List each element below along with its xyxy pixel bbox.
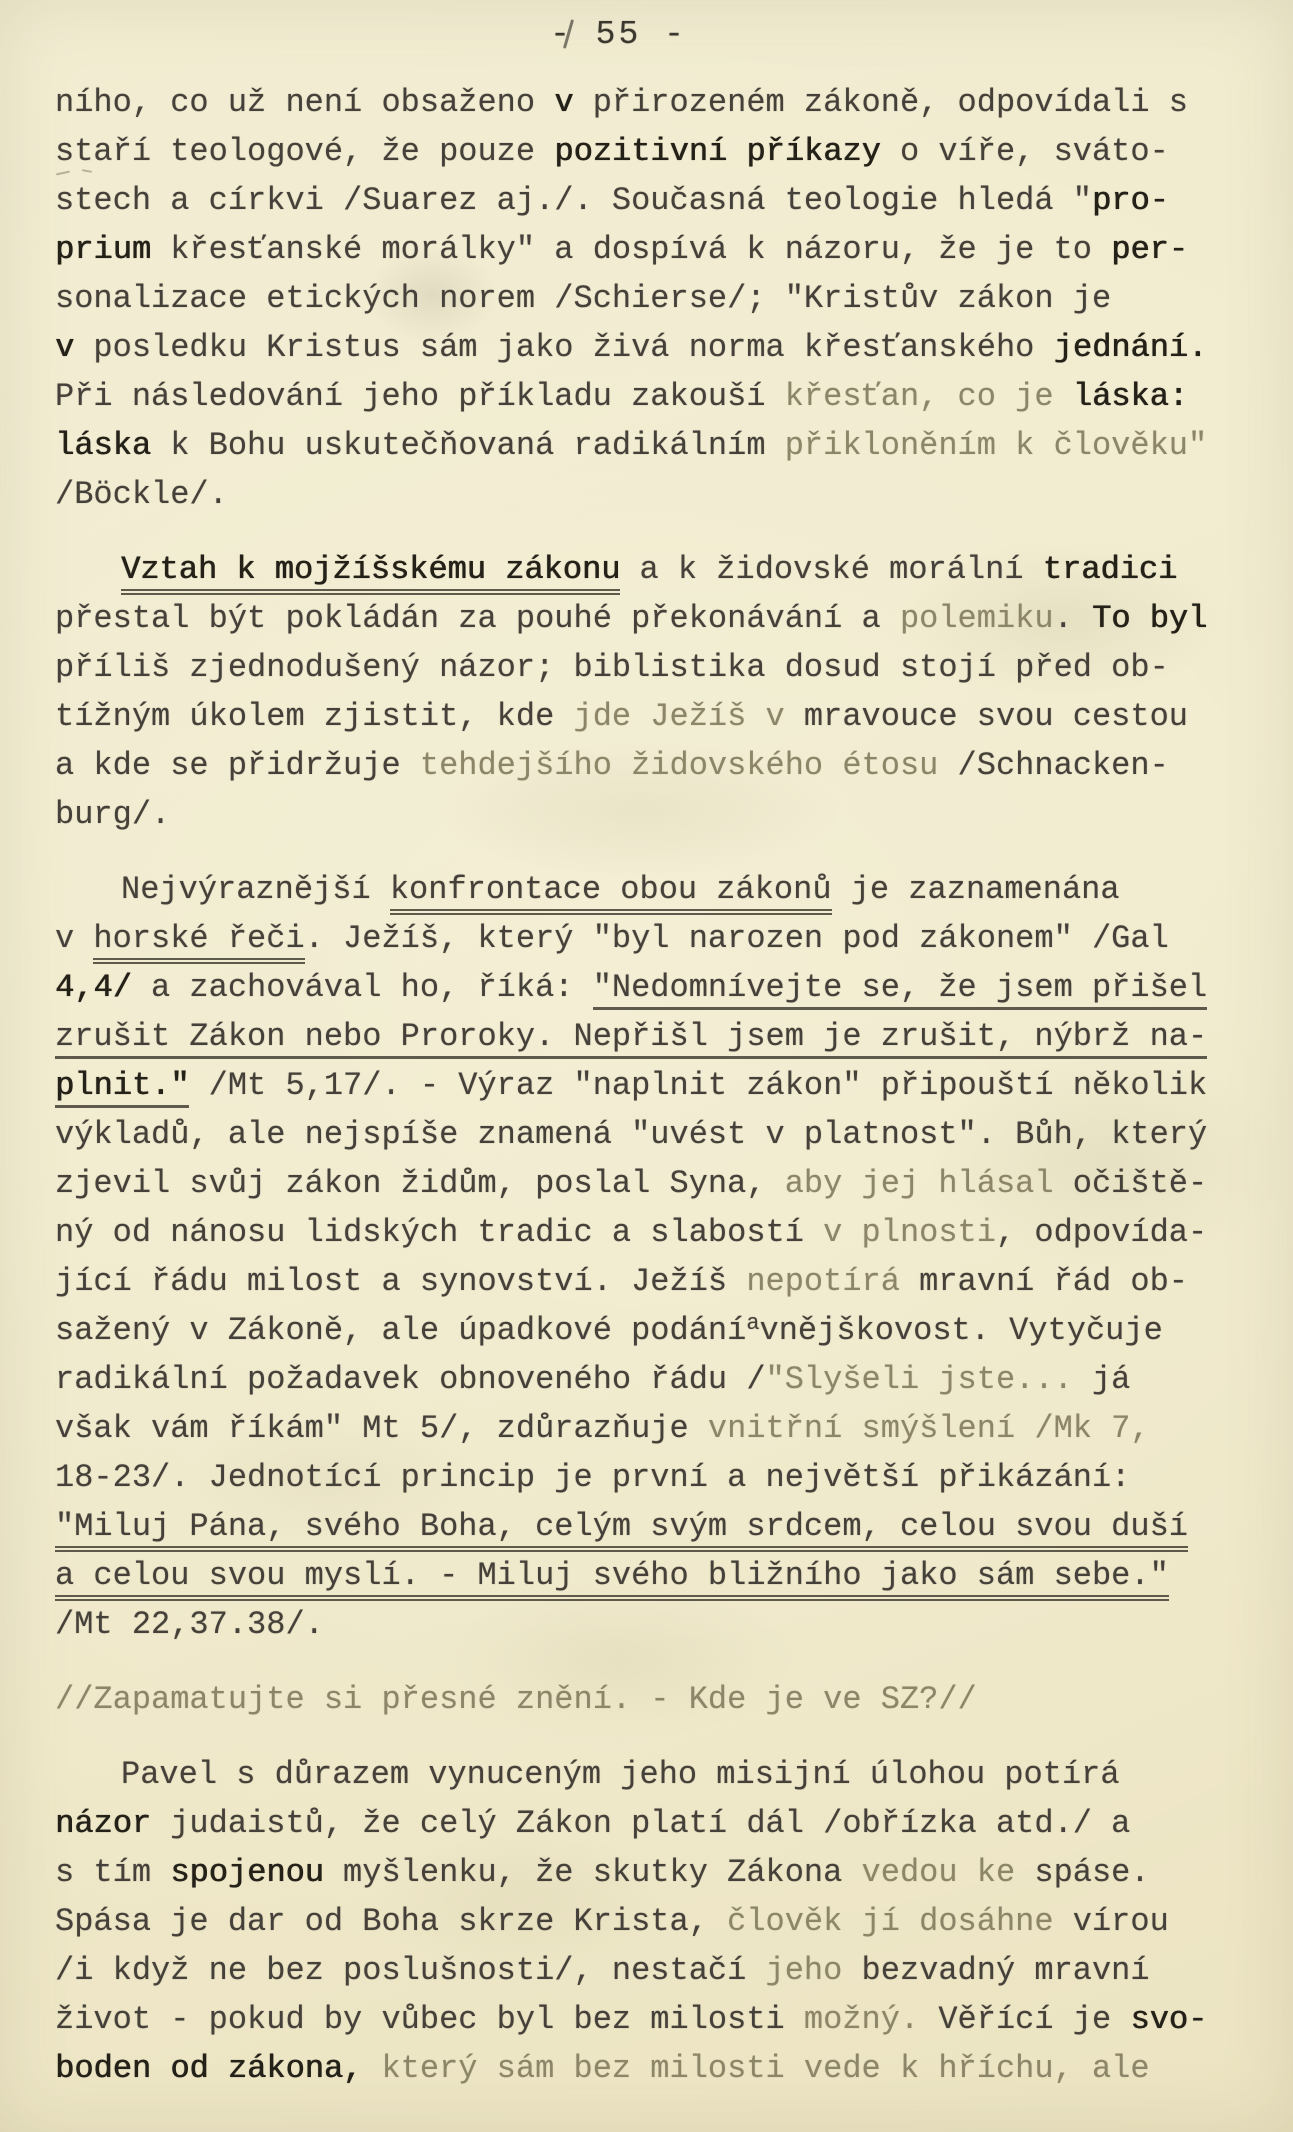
text-segment: /Mt 5,17/. - Výraz "naplnit zákon" připo…	[189, 1067, 1207, 1104]
text-segment: tížným úkolem zjistit, kde	[55, 698, 573, 735]
text-segment: mravní řád ob-	[900, 1263, 1188, 1300]
text-segment: polemiku	[900, 600, 1054, 637]
text-line: sonalizace etických norem /Schierse/; "K…	[55, 274, 1260, 323]
text-line: Pavel s důrazem vynuceným jeho misijní ú…	[121, 1750, 1260, 1799]
text-segment: já	[1073, 1361, 1131, 1398]
text-line: a celou svou myslí. - Miluj svého bližní…	[55, 1551, 1260, 1600]
text-segment: jeho	[766, 1952, 843, 1989]
text-line: prium křesťanské morálky" a dospívá k ná…	[55, 225, 1260, 274]
text-segment: Věřící je	[919, 2001, 1130, 2038]
text-line: příliš zjednodušený názor; biblistika do…	[55, 643, 1260, 692]
text-segment: křesťanské morálky" a dospívá k názoru, …	[151, 231, 1111, 268]
text-line: zrušit Zákon nebo Proroky. Nepřišl jsem …	[55, 1012, 1260, 1061]
text-segment: stech a církvi /Suarez aj./. Současná te…	[55, 182, 1092, 219]
text-line: Při následování jeho příkladu zakouší kř…	[55, 372, 1260, 421]
text-segment: život - pokud by vůbec byl bez milosti	[55, 2001, 804, 2038]
text-segment: /Schnacken-	[938, 747, 1168, 784]
text-segment: a zachovával ho, říká:	[132, 969, 593, 1006]
underlined-text: konfrontace obou zákonů	[390, 871, 832, 915]
text-segment: vnitřní smýšlení /Mk 7,	[708, 1410, 1150, 1447]
text-segment: /i když ne bez poslušnosti/, nestačí	[55, 1952, 766, 1989]
text-line: //Zapamatujte si přesné znění. - Kde je …	[55, 1675, 1260, 1724]
text-segment: přikloněním k člověku"	[785, 427, 1207, 464]
text-segment: spojenou	[170, 1854, 324, 1891]
underlined-text: a celou svou myslí. - Miluj svého bližní…	[55, 1557, 1169, 1601]
text-segment: boden od zákona,	[55, 2050, 362, 2087]
text-segment: vnějškovost. Vytyčuje	[760, 1312, 1163, 1349]
text-segment: To byl	[1092, 600, 1207, 637]
text-segment: 18-23/. Jednotící princip je první a nej…	[55, 1459, 1130, 1496]
text-segment: výkladů, ale nejspíše znamená "uvést v p…	[55, 1116, 1207, 1153]
text-segment: přirozeném zákoně, odpovídali s	[573, 84, 1188, 121]
text-line: ný od nánosu lidských tradic a slabostí …	[55, 1208, 1260, 1257]
text-line: /Böckle/.	[55, 470, 1260, 519]
text-segment: prium	[55, 231, 151, 268]
text-segment: k Bohu uskutečňovaná radikálním	[151, 427, 785, 464]
paragraph: Vztah k mojžíšskému zákonu a k židovské …	[55, 545, 1260, 839]
text-segment: mravouce svou cestou	[785, 698, 1188, 735]
text-segment: myšlenku, že skutky Zákona	[324, 1854, 862, 1891]
text-segment: příliš zjednodušený názor; biblistika do…	[55, 649, 1169, 686]
text-segment: který sám bez milosti vede k hříchu, ale	[362, 2050, 1149, 2087]
text-line: staří teologové, že pouze pozitivní přík…	[55, 127, 1260, 176]
text-line: Nejvýraznější konfrontace obou zákonů je…	[121, 865, 1260, 914]
text-segment: v	[554, 84, 573, 121]
text-segment: láska:	[1073, 378, 1188, 415]
text-segment: /Böckle/.	[55, 476, 228, 513]
text-line: /Mt 22,37.38/.	[55, 1600, 1260, 1649]
text-segment: jednání.	[1054, 329, 1208, 366]
text-segment: však vám říkám" Mt 5/, zdůrazňuje	[55, 1410, 708, 1447]
text-segment: zjevil svůj zákon židům, poslal Syna,	[55, 1165, 785, 1202]
underlined-text: zrušit Zákon nebo Proroky. Nepřišl jsem …	[55, 1018, 1207, 1059]
document-body: ního, co už není obsaženo v přirozeném z…	[55, 78, 1260, 2093]
text-line: boden od zákona, který sám bez milosti v…	[55, 2044, 1260, 2093]
text-line: Vztah k mojžíšskému zákonu a k židovské …	[121, 545, 1260, 594]
text-segment: nepotírá	[746, 1263, 900, 1300]
text-line: a kde se přidržuje tehdejšího židovského…	[55, 741, 1260, 790]
text-line: život - pokud by vůbec byl bez milosti m…	[55, 1995, 1260, 2044]
text-segment: spáse.	[1015, 1854, 1149, 1891]
text-segment: Pavel s důrazem vynuceným jeho misijní ú…	[121, 1756, 1120, 1793]
text-line: však vám říkám" Mt 5/, zdůrazňuje vnitřn…	[55, 1404, 1260, 1453]
text-segment: s tím	[55, 1854, 170, 1891]
text-segment	[1054, 378, 1073, 415]
text-segment: názor	[55, 1805, 151, 1842]
text-segment: možný.	[804, 2001, 919, 2038]
text-segment: svo-	[1130, 2001, 1207, 2038]
text-segment: v	[55, 329, 74, 366]
text-segment: a kde se přidržuje	[55, 747, 420, 784]
text-line: láska k Bohu uskutečňovaná radikálním př…	[55, 421, 1260, 470]
text-line: přestal být pokládán za pouhé překonáván…	[55, 594, 1260, 643]
text-segment: člověk jí dosáhne	[727, 1903, 1053, 1940]
text-segment: je zaznamenána	[832, 871, 1120, 908]
text-segment: Spása je dar od Boha skrze Krista,	[55, 1903, 727, 1940]
text-segment: //Zapamatujte si přesné znění. - Kde je …	[55, 1681, 977, 1718]
text-segment: očiště-	[1054, 1165, 1208, 1202]
text-segment: tradici	[1043, 551, 1177, 588]
text-line: "Miluj Pána, svého Boha, celým svým srdc…	[55, 1502, 1260, 1551]
text-segment: v	[55, 920, 93, 957]
text-line: sažený v Zákoně, ale úpadkové podáníavně…	[55, 1306, 1260, 1355]
text-segment: "Slyšeli jste...	[766, 1361, 1073, 1398]
underlined-text: Vztah k mojžíšskému zákonu	[121, 551, 620, 595]
text-line: s tím spojenou myšlenku, že skutky Zákon…	[55, 1848, 1260, 1897]
text-line: radikální požadavek obnoveného řádu /"Sl…	[55, 1355, 1260, 1404]
text-segment: . Ježíš, který "byl narozen pod zákonem"…	[305, 920, 1169, 957]
scanned-page: - 55 - ního, co už není obsaženo v přiro…	[0, 0, 1293, 2132]
text-segment: sažený v Zákoně, ale úpadkové podání	[55, 1312, 746, 1349]
text-segment: ního, co už není obsaženo	[55, 84, 554, 121]
text-segment: pro-	[1092, 182, 1169, 219]
text-line: v horské řeči. Ježíš, který "byl narozen…	[55, 914, 1260, 963]
underlined-text: plnit."	[55, 1067, 189, 1108]
paragraph: //Zapamatujte si přesné znění. - Kde je …	[55, 1675, 1260, 1724]
text-segment: jde Ježíš v	[573, 698, 784, 735]
text-line: /i když ne bez poslušnosti/, nestačí jeh…	[55, 1946, 1260, 1995]
text-segment: přestal být pokládán za pouhé překonáván…	[55, 600, 900, 637]
text-line: 18-23/. Jednotící princip je první a nej…	[55, 1453, 1260, 1502]
text-segment: , odpovída-	[996, 1214, 1207, 1251]
text-segment: vedou ke	[862, 1854, 1016, 1891]
text-segment: o víře, sváto-	[881, 133, 1169, 170]
text-segment: Při následování jeho příkladu zakouší	[55, 378, 785, 415]
text-line: názor judaistů, že celý Zákon platí dál …	[55, 1799, 1260, 1848]
text-segment: ný od nánosu lidských tradic a slabostí	[55, 1214, 823, 1251]
text-segment: 4,4/	[55, 969, 132, 1006]
text-segment: vírou	[1054, 1903, 1169, 1940]
underlined-text: "Miluj Pána, svého Boha, celým svým srdc…	[55, 1508, 1188, 1552]
text-segment: tehdejšího židovského étosu	[420, 747, 938, 784]
text-segment: judaistů, že celý Zákon platí dál /obříz…	[151, 1805, 1130, 1842]
text-segment: posledku Kristus sám jako živá norma kře…	[74, 329, 1053, 366]
text-line: ního, co už není obsaženo v přirozeném z…	[55, 78, 1260, 127]
text-segment: burg/.	[55, 796, 170, 833]
text-line: v posledku Kristus sám jako živá norma k…	[55, 323, 1260, 372]
text-segment: bezvadný mravní	[842, 1952, 1149, 1989]
text-line: plnit." /Mt 5,17/. - Výraz "naplnit záko…	[55, 1061, 1260, 1110]
text-segment: Nejvýraznější	[121, 871, 390, 908]
paragraph: Pavel s důrazem vynuceným jeho misijní ú…	[55, 1750, 1260, 2093]
text-segment: a k židovské morální	[620, 551, 1042, 588]
underlined-text: horské řeči	[93, 920, 304, 964]
paragraph: ního, co už není obsaženo v přirozeném z…	[55, 78, 1260, 519]
text-segment: .	[1054, 600, 1092, 637]
text-segment: sonalizace etických norem /Schierse/; "K…	[55, 280, 1111, 317]
text-segment: radikální požadavek obnoveného řádu /	[55, 1361, 766, 1398]
text-line: stech a církvi /Suarez aj./. Současná te…	[55, 176, 1260, 225]
text-segment: láska	[55, 427, 151, 464]
text-line: jící řádu milost a synovství. Ježíš nepo…	[55, 1257, 1260, 1306]
text-segment: křesťan, co je	[785, 378, 1054, 415]
text-segment: per-	[1111, 231, 1188, 268]
paragraph: Nejvýraznější konfrontace obou zákonů je…	[55, 865, 1260, 1649]
text-segment: aby jej hlásal	[785, 1165, 1054, 1202]
text-line: zjevil svůj zákon židům, poslal Syna, ab…	[55, 1159, 1260, 1208]
text-line: Spása je dar od Boha skrze Krista, člově…	[55, 1897, 1260, 1946]
text-line: výkladů, ale nejspíše znamená "uvést v p…	[55, 1110, 1260, 1159]
underlined-text: "Nedomnívejte se, že jsem přišel	[593, 969, 1208, 1010]
text-line: burg/.	[55, 790, 1260, 839]
text-segment: /Mt 22,37.38/.	[55, 1606, 324, 1643]
text-segment: staří teologové, že pouze	[55, 133, 554, 170]
inserted-superscript: a	[746, 1311, 759, 1336]
page-number: - 55 -	[0, 16, 1265, 53]
text-segment: v plnosti	[823, 1214, 996, 1251]
text-line: tížným úkolem zjistit, kde jde Ježíš v m…	[55, 692, 1260, 741]
text-segment: pozitivní příkazy	[554, 133, 880, 170]
text-segment: jící řádu milost a synovství. Ježíš	[55, 1263, 746, 1300]
text-line: 4,4/ a zachovával ho, říká: "Nedomnívejt…	[55, 963, 1260, 1012]
